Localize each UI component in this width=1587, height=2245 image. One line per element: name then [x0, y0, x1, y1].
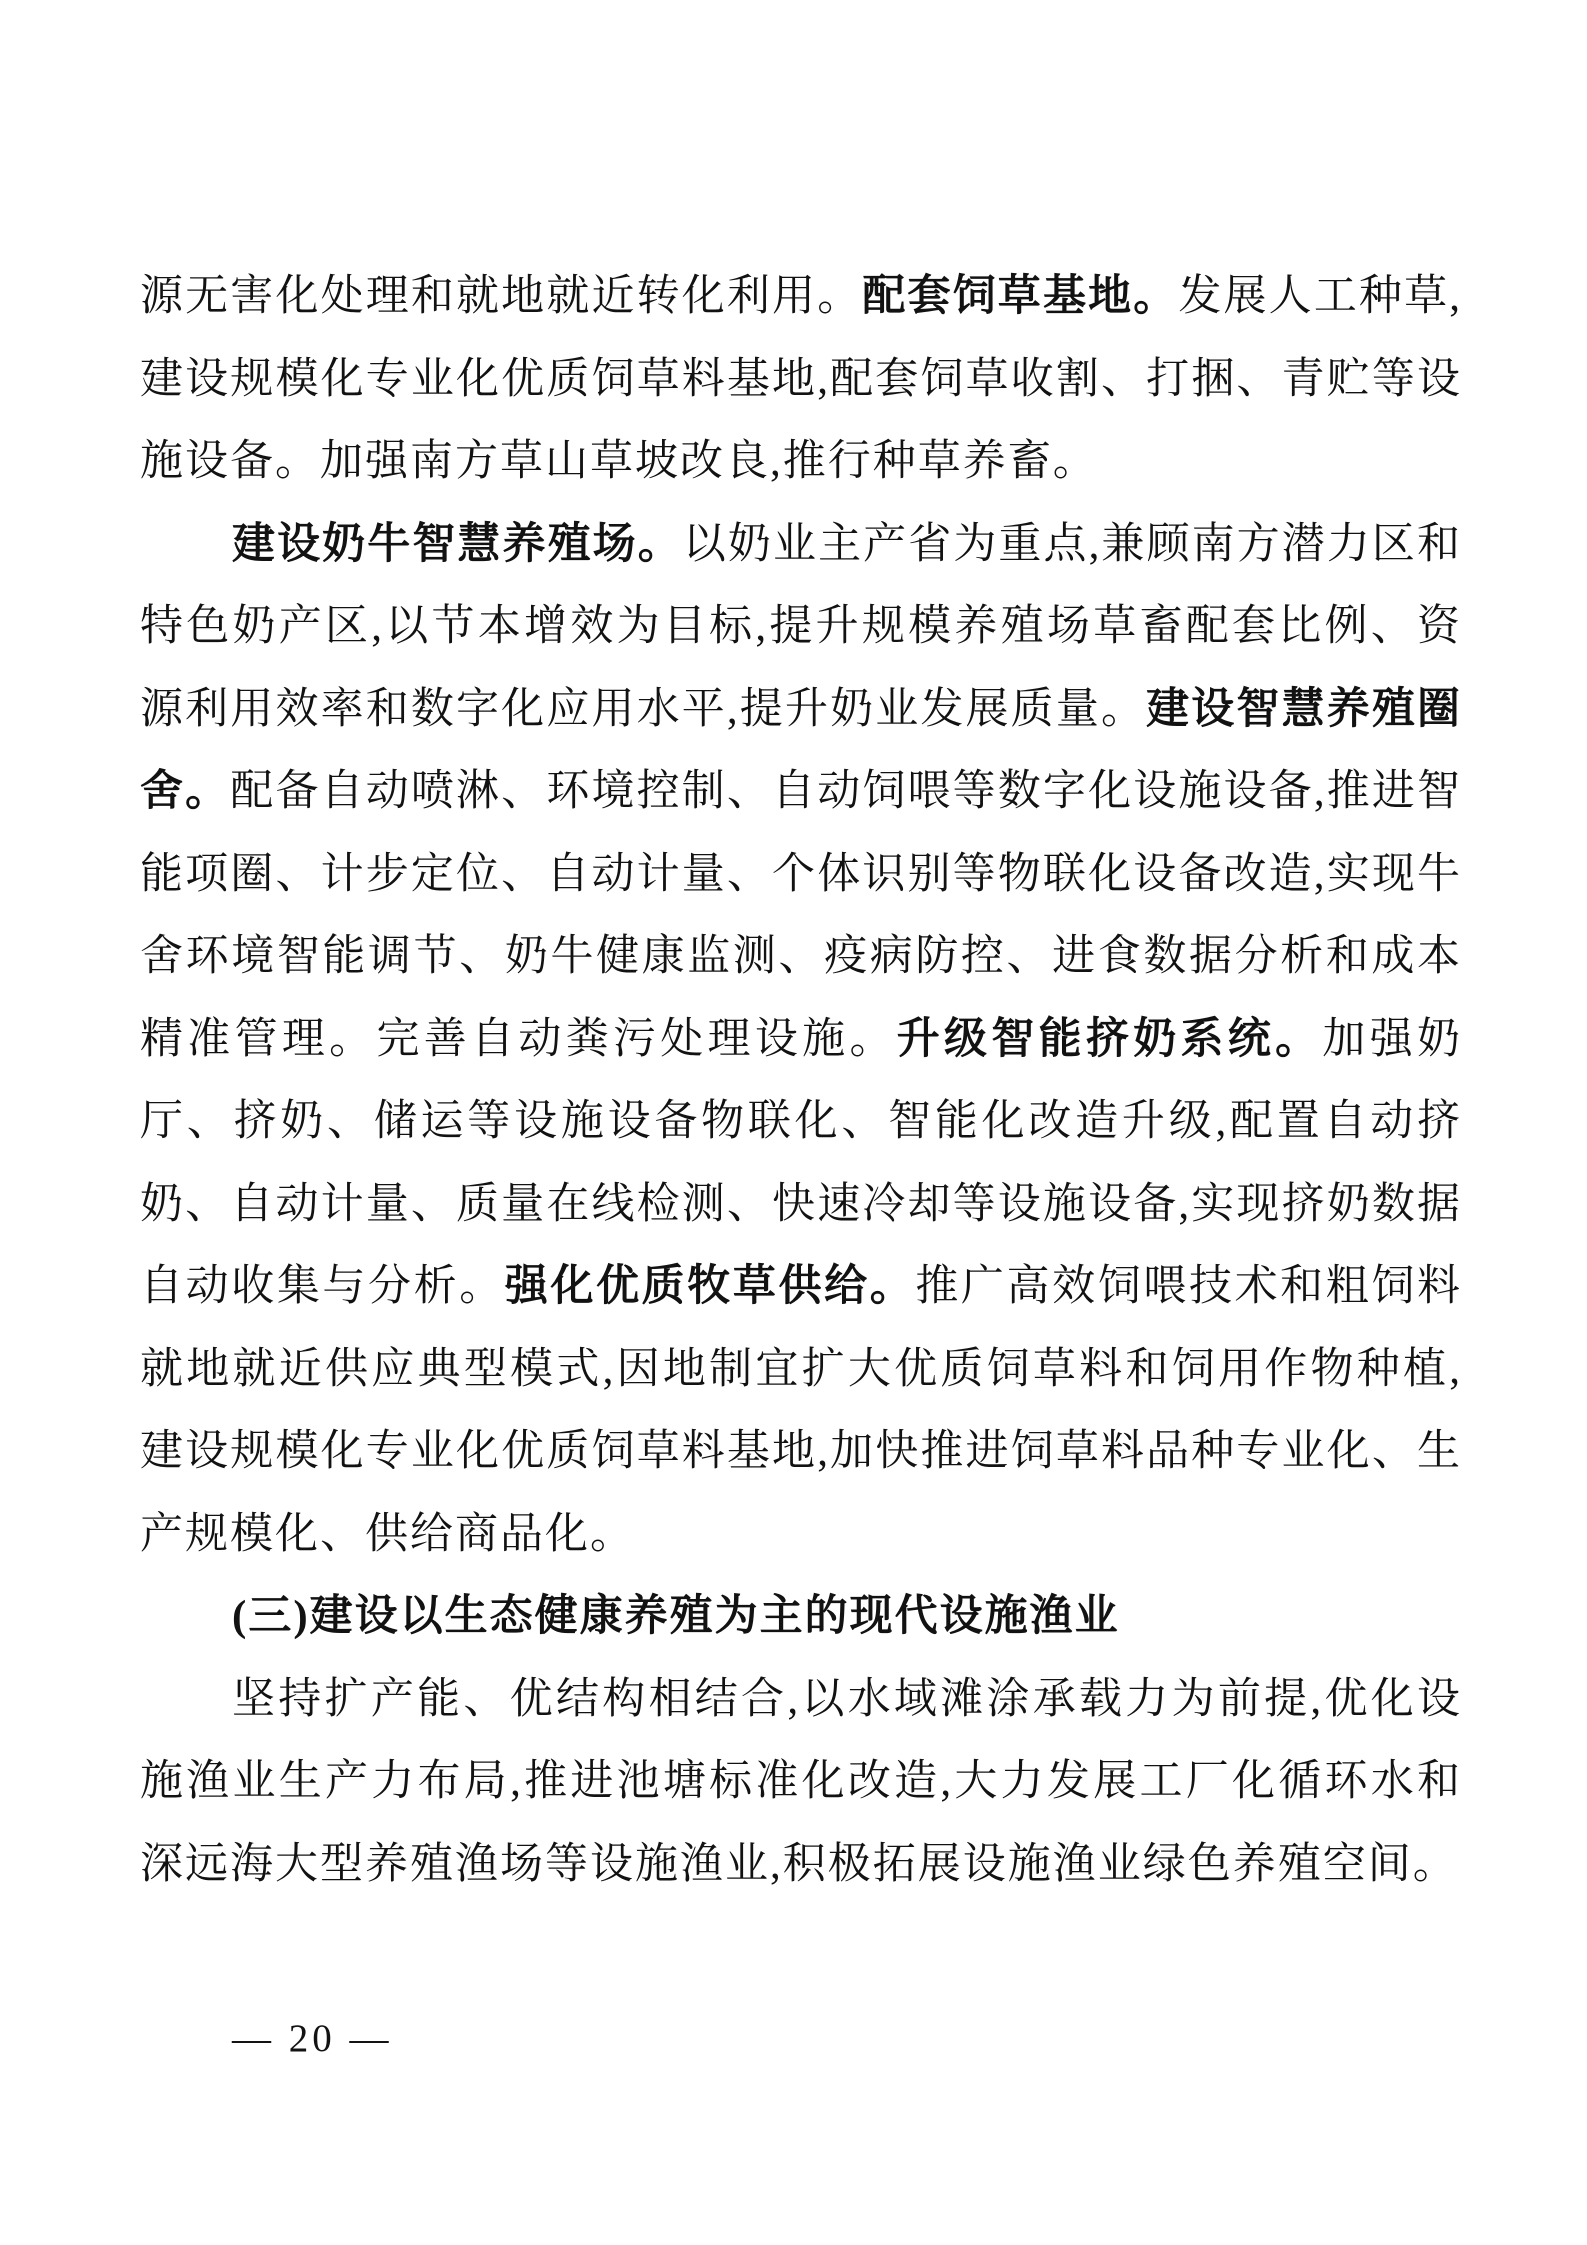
paragraph-fishery: 坚持扩产能、优结构相结合,以水域滩涂承载力为前提,优化设施渔业生产力布局,推进池… [140, 1659, 1462, 1907]
bold-task-phrase: (三)建设以生态健康养殖为主的现代设施渔业 [232, 1593, 1120, 1640]
bold-task-phrase: 配套饲草基地。 [862, 273, 1178, 320]
bold-task-phrase: 建设奶牛智慧养殖场。 [232, 521, 683, 568]
body-text: 坚持扩产能、优结构相结合,以水域滩涂承载力为前提,优化设施渔业生产力布局,推进池… [140, 1676, 1462, 1888]
bold-task-phrase: 强化优质牧草供给。 [505, 1263, 915, 1310]
body-text: 源无害化处理和就地就近转化利用。 [140, 273, 862, 320]
document-page: 源无害化处理和就地就近转化利用。配套饲草基地。发展人工种草,建设规模化专业化优质… [0, 0, 1587, 2245]
bold-task-phrase: 升级智能挤奶系统。 [897, 1016, 1323, 1063]
paragraph-forage-base: 源无害化处理和就地就近转化利用。配套饲草基地。发展人工种草,建设规模化专业化优质… [140, 256, 1462, 504]
section-heading-fishery: (三)建设以生态健康养殖为主的现代设施渔业 [140, 1576, 1462, 1659]
paragraph-dairy-smart-farm: 建设奶牛智慧养殖场。以奶业主产省为重点,兼顾南方潜力区和特色奶产区,以节本增效为… [140, 504, 1462, 1577]
document-body: 源无害化处理和就地就近转化利用。配套饲草基地。发展人工种草,建设规模化专业化优质… [140, 256, 1462, 1906]
page-number: — 20 — [232, 2016, 393, 2061]
